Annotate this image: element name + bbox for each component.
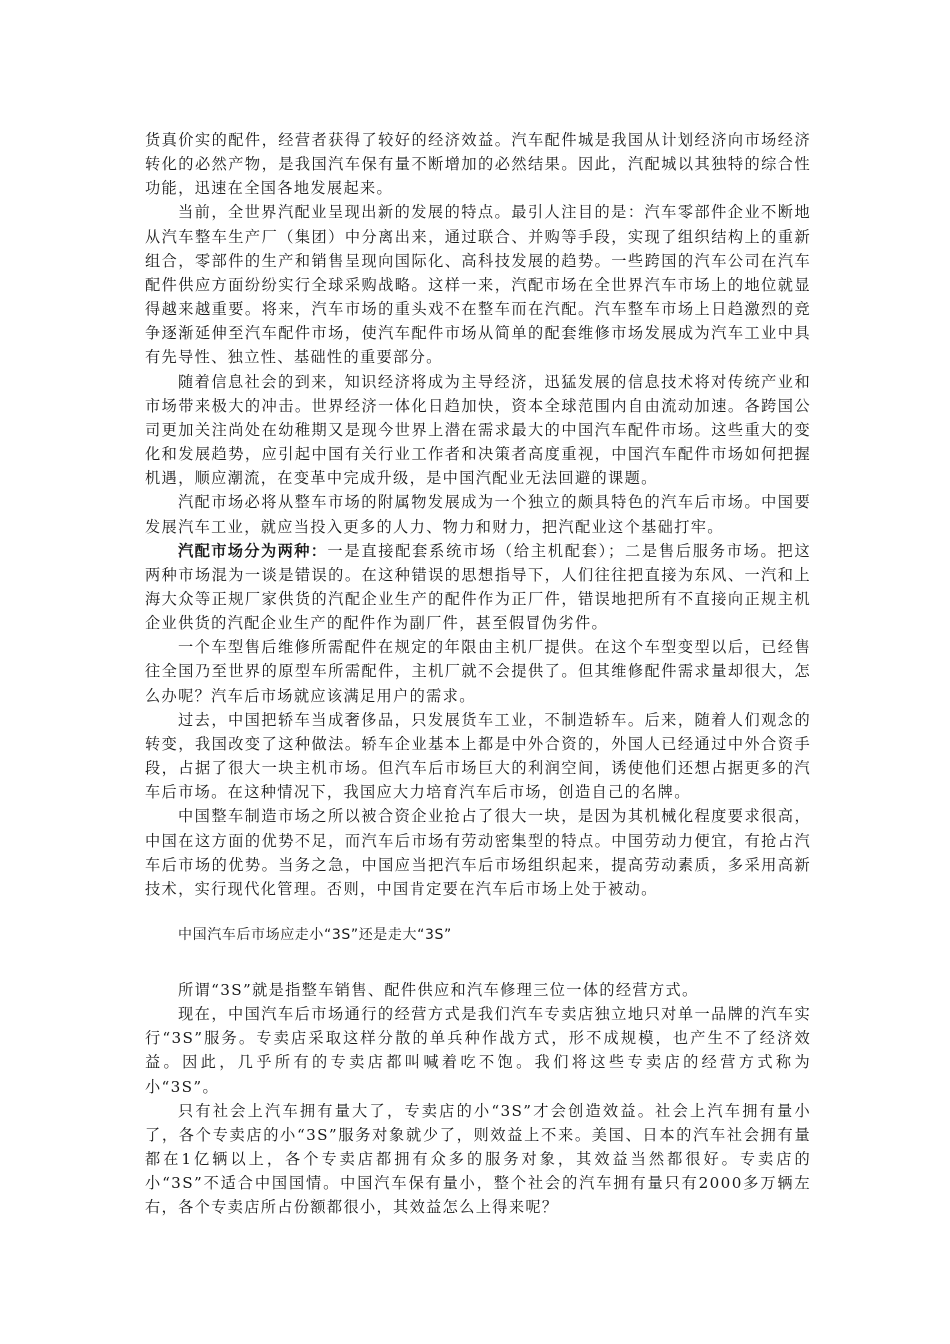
paragraph-information-society: 随着信息社会的到来，知识经济将成为主导经济，迅猛发展的信息技术将对传统产业和市场…	[145, 370, 811, 491]
bold-lead-text: 汽配市场分为两种：	[178, 542, 327, 560]
paragraph-two-market-types: 汽配市场分为两种：一是直接配套系统市场（给主机配套）；二是售后服务市场。把这两种…	[145, 539, 811, 636]
paragraph-service-parts: 一个车型售后维修所需配件在规定的年限由主机厂提供。在这个车型变型以后，已经售往全…	[145, 635, 811, 707]
paragraph-small-3s: 现在，中国汽车后市场通行的经营方式是我们汽车专卖店独立地只对单一品牌的汽车实行“…	[145, 1002, 811, 1099]
paragraph-continuation: 货真价实的配件，经营者获得了较好的经济效益。汽车配件城是我国从计划经济向市场经济…	[145, 128, 811, 200]
paragraph-3s-definition: 所谓“3S”就是指整车销售、配件供应和汽车修理三位一体的经营方式。	[145, 978, 811, 1002]
section-heading: 中国汽车后市场应走小“3S”还是走大“3S”	[145, 923, 811, 947]
paragraph-labor-advantage: 中国整车制造市场之所以被合资企业抢占了很大一块，是因为其机械化程度要求很高，中国…	[145, 804, 811, 901]
paragraph-sedan-history: 过去，中国把轿车当成奢侈品，只发展货车工业，不制造轿车。后来，随着人们观念的转变…	[145, 708, 811, 805]
paragraph-global-trends: 当前，全世界汽配业呈现出新的发展的特点。最引人注目的是：汽车零部件企业不断地从汽…	[145, 200, 811, 369]
document-page: 货真价实的配件，经营者获得了较好的经济效益。汽车配件城是我国从计划经济向市场经济…	[145, 128, 811, 1220]
paragraph-ownership-volume: 只有社会上汽车拥有量大了，专卖店的小“3S”才会创造效益。社会上汽车拥有量小了，…	[145, 1099, 811, 1220]
paragraph-aftermarket-independence: 汽配市场必将从整车市场的附属物发展成为一个独立的颇具特色的汽车后市场。中国要发展…	[145, 490, 811, 538]
